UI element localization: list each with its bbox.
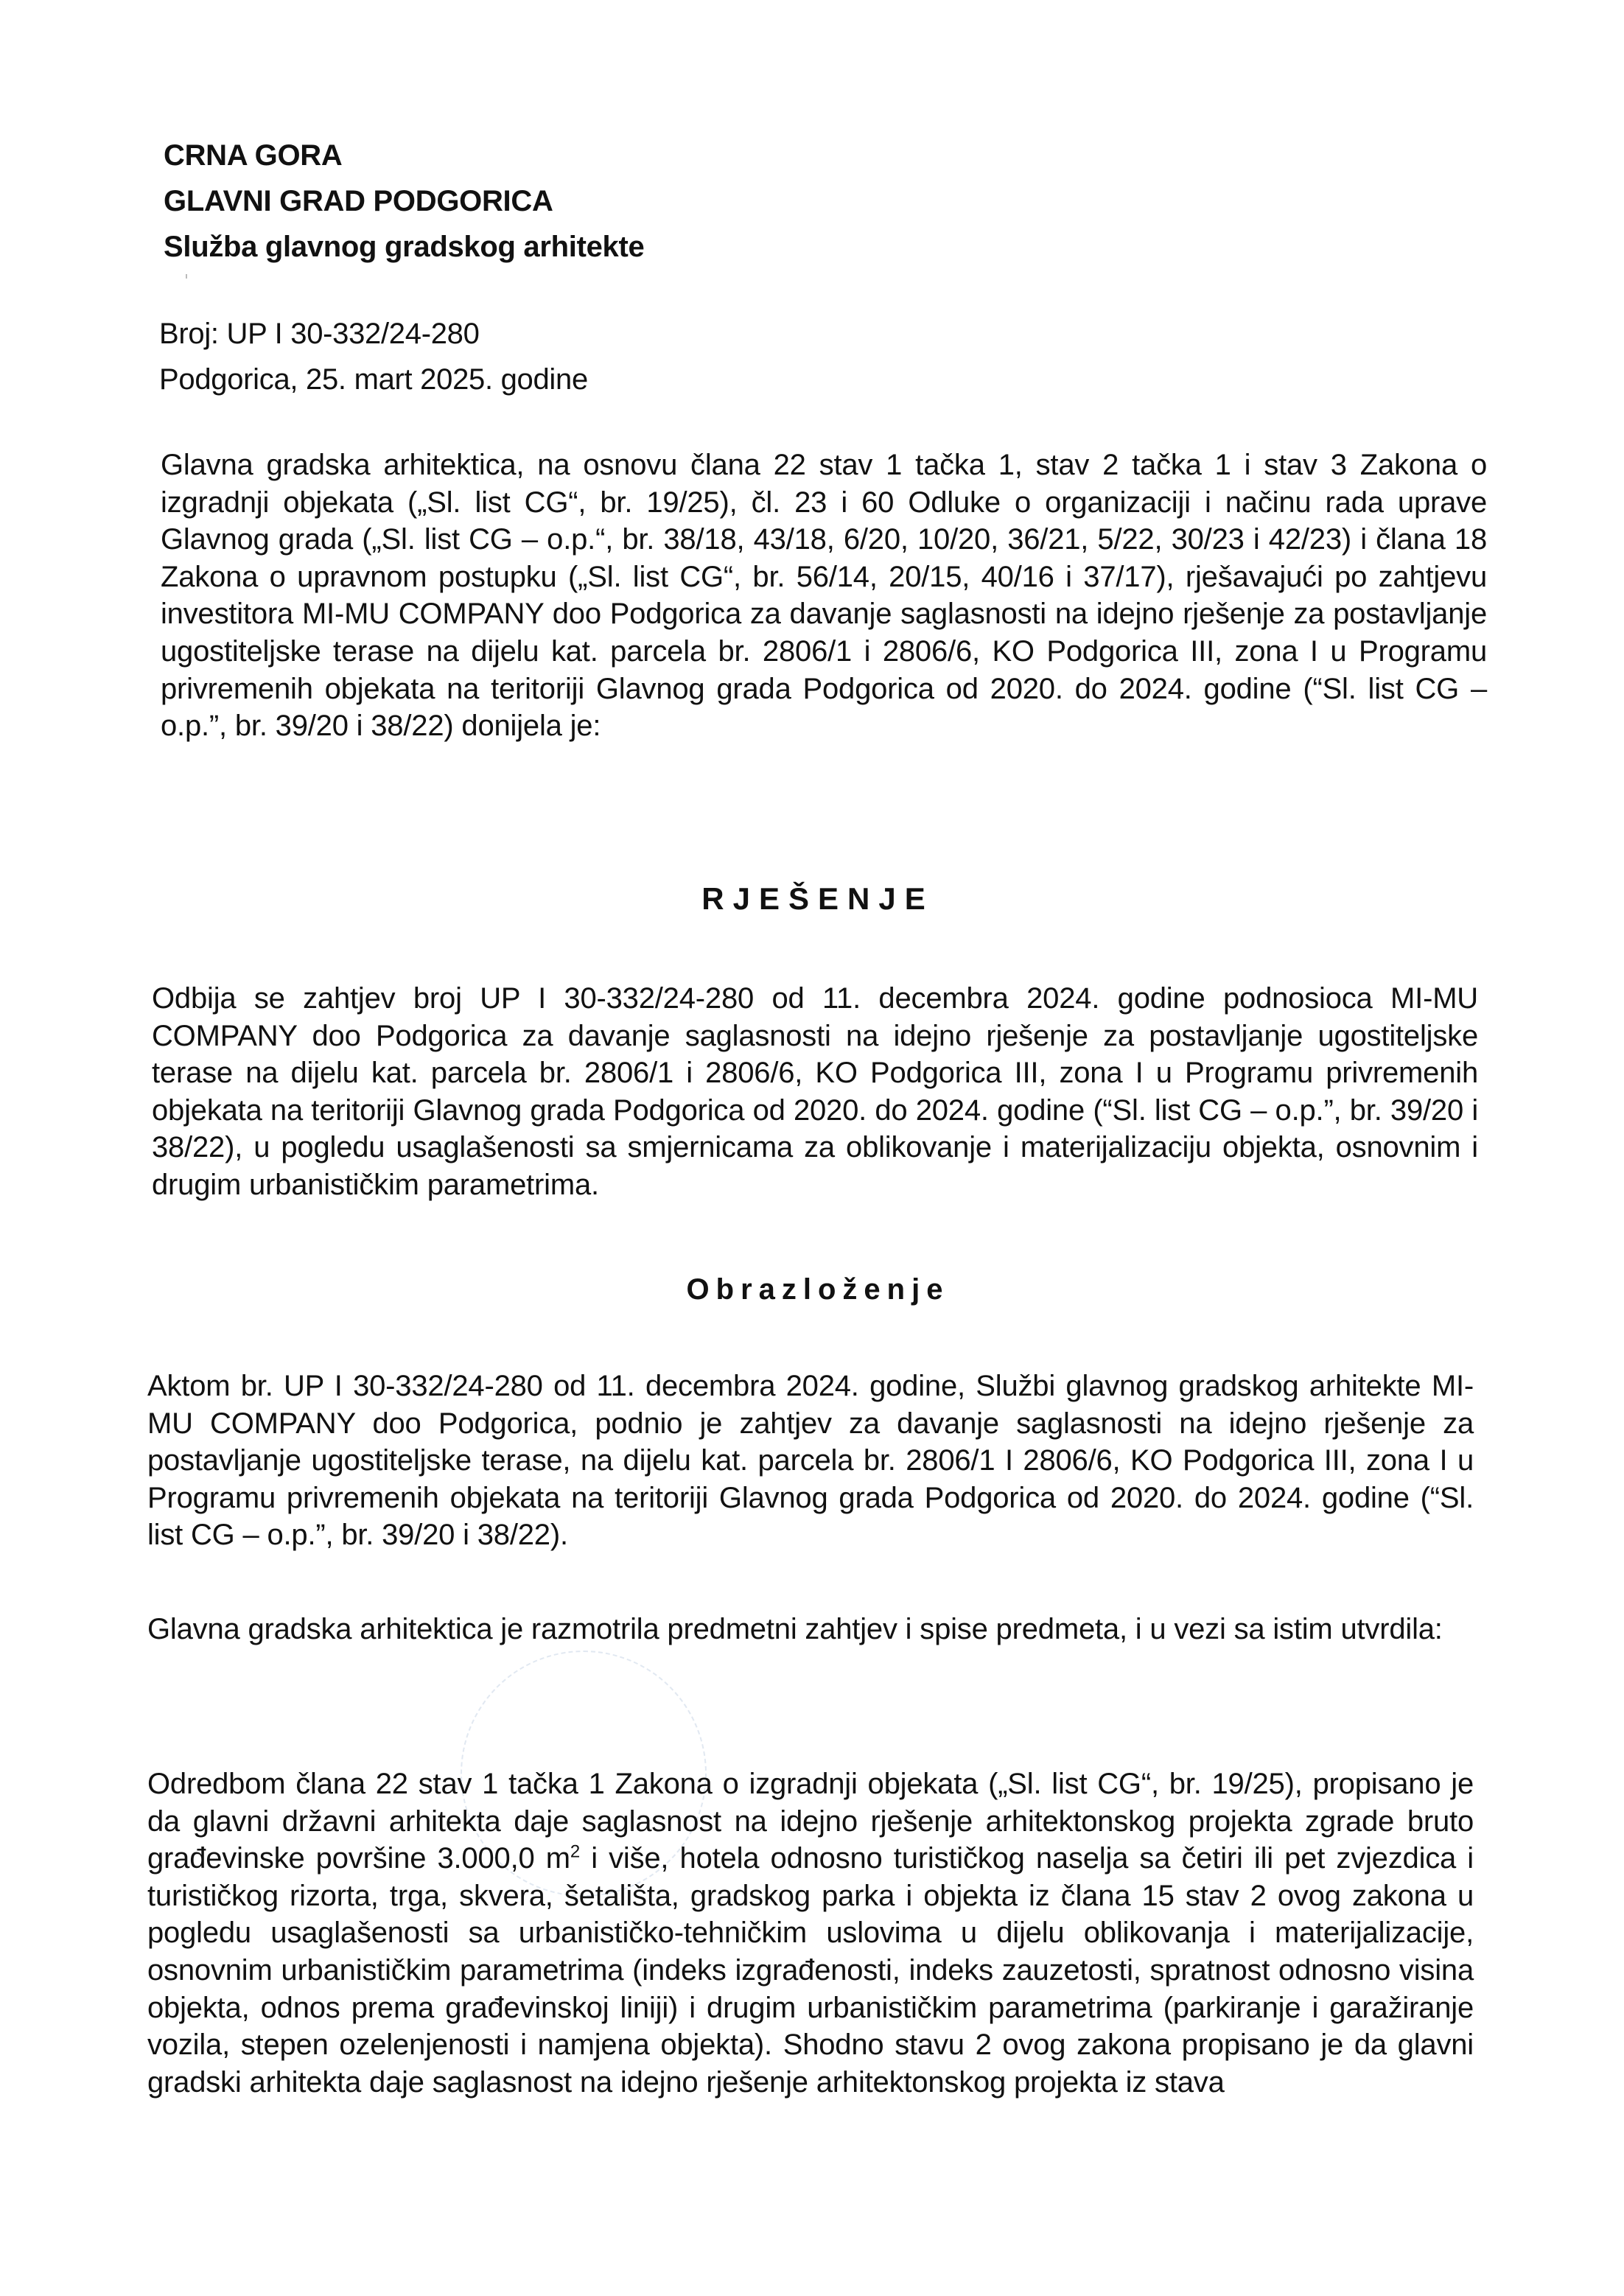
decision-title: RJEŠENJE — [0, 881, 1624, 917]
intro-paragraph: Glavna gradska arhitektica, na osnovu čl… — [161, 447, 1487, 745]
letterhead-city: GLAVNI GRAD PODGORICA — [164, 178, 644, 224]
reasoning-paragraph-1: Aktom br. UP I 30-332/24-280 od 11. dece… — [147, 1368, 1474, 1554]
document-page: CRNA GORA GLAVNI GRAD PODGORICA Služba g… — [0, 0, 1624, 2296]
superscript-squared: 2 — [570, 1842, 580, 1862]
scan-artifact — [186, 274, 187, 279]
letterhead: CRNA GORA GLAVNI GRAD PODGORICA Služba g… — [164, 133, 644, 270]
decision-paragraph: Odbija se zahtjev broj UP I 30-332/24-28… — [152, 980, 1478, 1204]
place-and-date: Podgorica, 25. mart 2025. godine — [159, 357, 588, 402]
reasoning-title: Obrazloženje — [0, 1273, 1624, 1306]
letterhead-office: Služba glavnog gradskog arhitekte — [164, 224, 644, 270]
reasoning-paragraph-3-part-b: i više, hotela odnosno turističkog nasel… — [147, 1842, 1474, 2099]
reasoning-paragraph-3: Odredbom člana 22 stav 1 tačka 1 Zakona … — [147, 1765, 1474, 2101]
letterhead-country: CRNA GORA — [164, 133, 644, 178]
reference-number: Broj: UP I 30-332/24-280 — [159, 311, 588, 357]
reasoning-paragraph-2: Glavna gradska arhitektica je razmotrila… — [147, 1611, 1474, 1648]
reference-block: Broj: UP I 30-332/24-280 Podgorica, 25. … — [159, 311, 588, 402]
